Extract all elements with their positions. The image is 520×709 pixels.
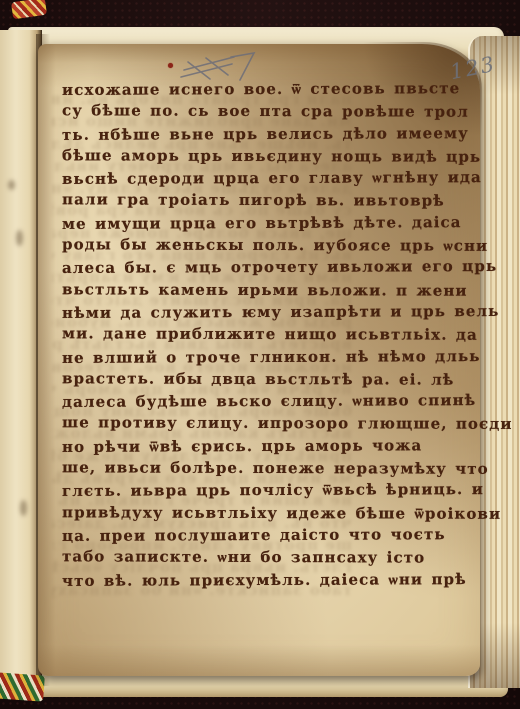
manuscript-line: нѣми да служить ѥму изапрѣти и црь вель <box>62 302 466 326</box>
manuscript-text: исхожаше иснего вое. ѿ стесовь пвьсте су… <box>62 80 466 593</box>
manuscript-line: бѣше аморь црь ивьєдину нощь видѣ црь <box>62 146 466 170</box>
manuscript-line: алеса бы. є мць отрочету ивьложи его црь <box>62 257 466 281</box>
red-ink-dot <box>168 63 173 68</box>
manuscript-line: ца. преи послушаите даісто что чоєть <box>62 525 466 549</box>
manuscript-line: су бѣше по. сь вое пта сра ровѣше трол <box>62 102 466 126</box>
bottom-endband <box>0 672 45 701</box>
manuscript-line: ть. нбѣше вьне црь велись дѣло имеему <box>62 124 466 148</box>
manuscript-line: ше, ивьси болѣре. понеже неразумѣху что <box>62 458 466 482</box>
manuscript-line: глєть. иьвра црь почлісу ѿвьсѣ ѣрниць. и <box>62 480 466 504</box>
top-endband <box>11 0 47 19</box>
manuscript-line: ме имущи црца его вьтрѣвѣ дѣте. даіса <box>62 213 466 237</box>
ink-smudge <box>20 500 27 516</box>
manuscript-line: далеса будѣше вьско єлицу. ѡниво спинѣ <box>62 391 466 415</box>
ink-smudge <box>8 180 15 190</box>
manuscript-line: но рѣчи ѿвѣ єрись. црь аморь чожа <box>62 436 466 460</box>
manuscript-line: вьстльть камень ирьми вьложи. п жени <box>62 280 466 304</box>
manuscript-page: пали гра троіать пигорѣ вь. ивьтоврѣ ми.… <box>38 44 480 676</box>
manuscript-line: ше противу єлицу. ипрозоро глющше, поєди <box>62 414 466 438</box>
manuscript-line: табо запискте. ѡни бо запнсаху істо <box>62 548 466 572</box>
manuscript-line: врастеть. ибы двца вьстльтѣ ра. еі. лѣ <box>62 369 466 393</box>
manuscript-line: вьснѣ сдероди црца его главу ѡгнѣну ида <box>62 168 466 192</box>
manuscript-line: исхожаше иснего вое. ѿ стесовь пвьсте <box>62 79 466 103</box>
manuscript-line: что вѣ. юль приєхумѣль. даіеса ѡни прѣ <box>62 570 466 594</box>
manuscript-line: роды бы женьскы поль. иубоясе црь ѡсни <box>62 235 466 259</box>
book-photo: пали гра троіать пигорѣ вь. ивьтоврѣ ми.… <box>0 0 520 709</box>
manuscript-line: ми. дане приближите нищо исьвтльіх. да <box>62 325 466 349</box>
manuscript-line: привѣдуху исьвтльіху идеже бѣше ѿроікови <box>62 503 466 527</box>
manuscript-line: не влший о троче глникон. нѣ нѣмо дльь <box>62 347 466 371</box>
manuscript-line: пали гра троіать пигорѣ вь. ивьтоврѣ <box>62 191 466 215</box>
ink-smudge <box>16 230 23 246</box>
